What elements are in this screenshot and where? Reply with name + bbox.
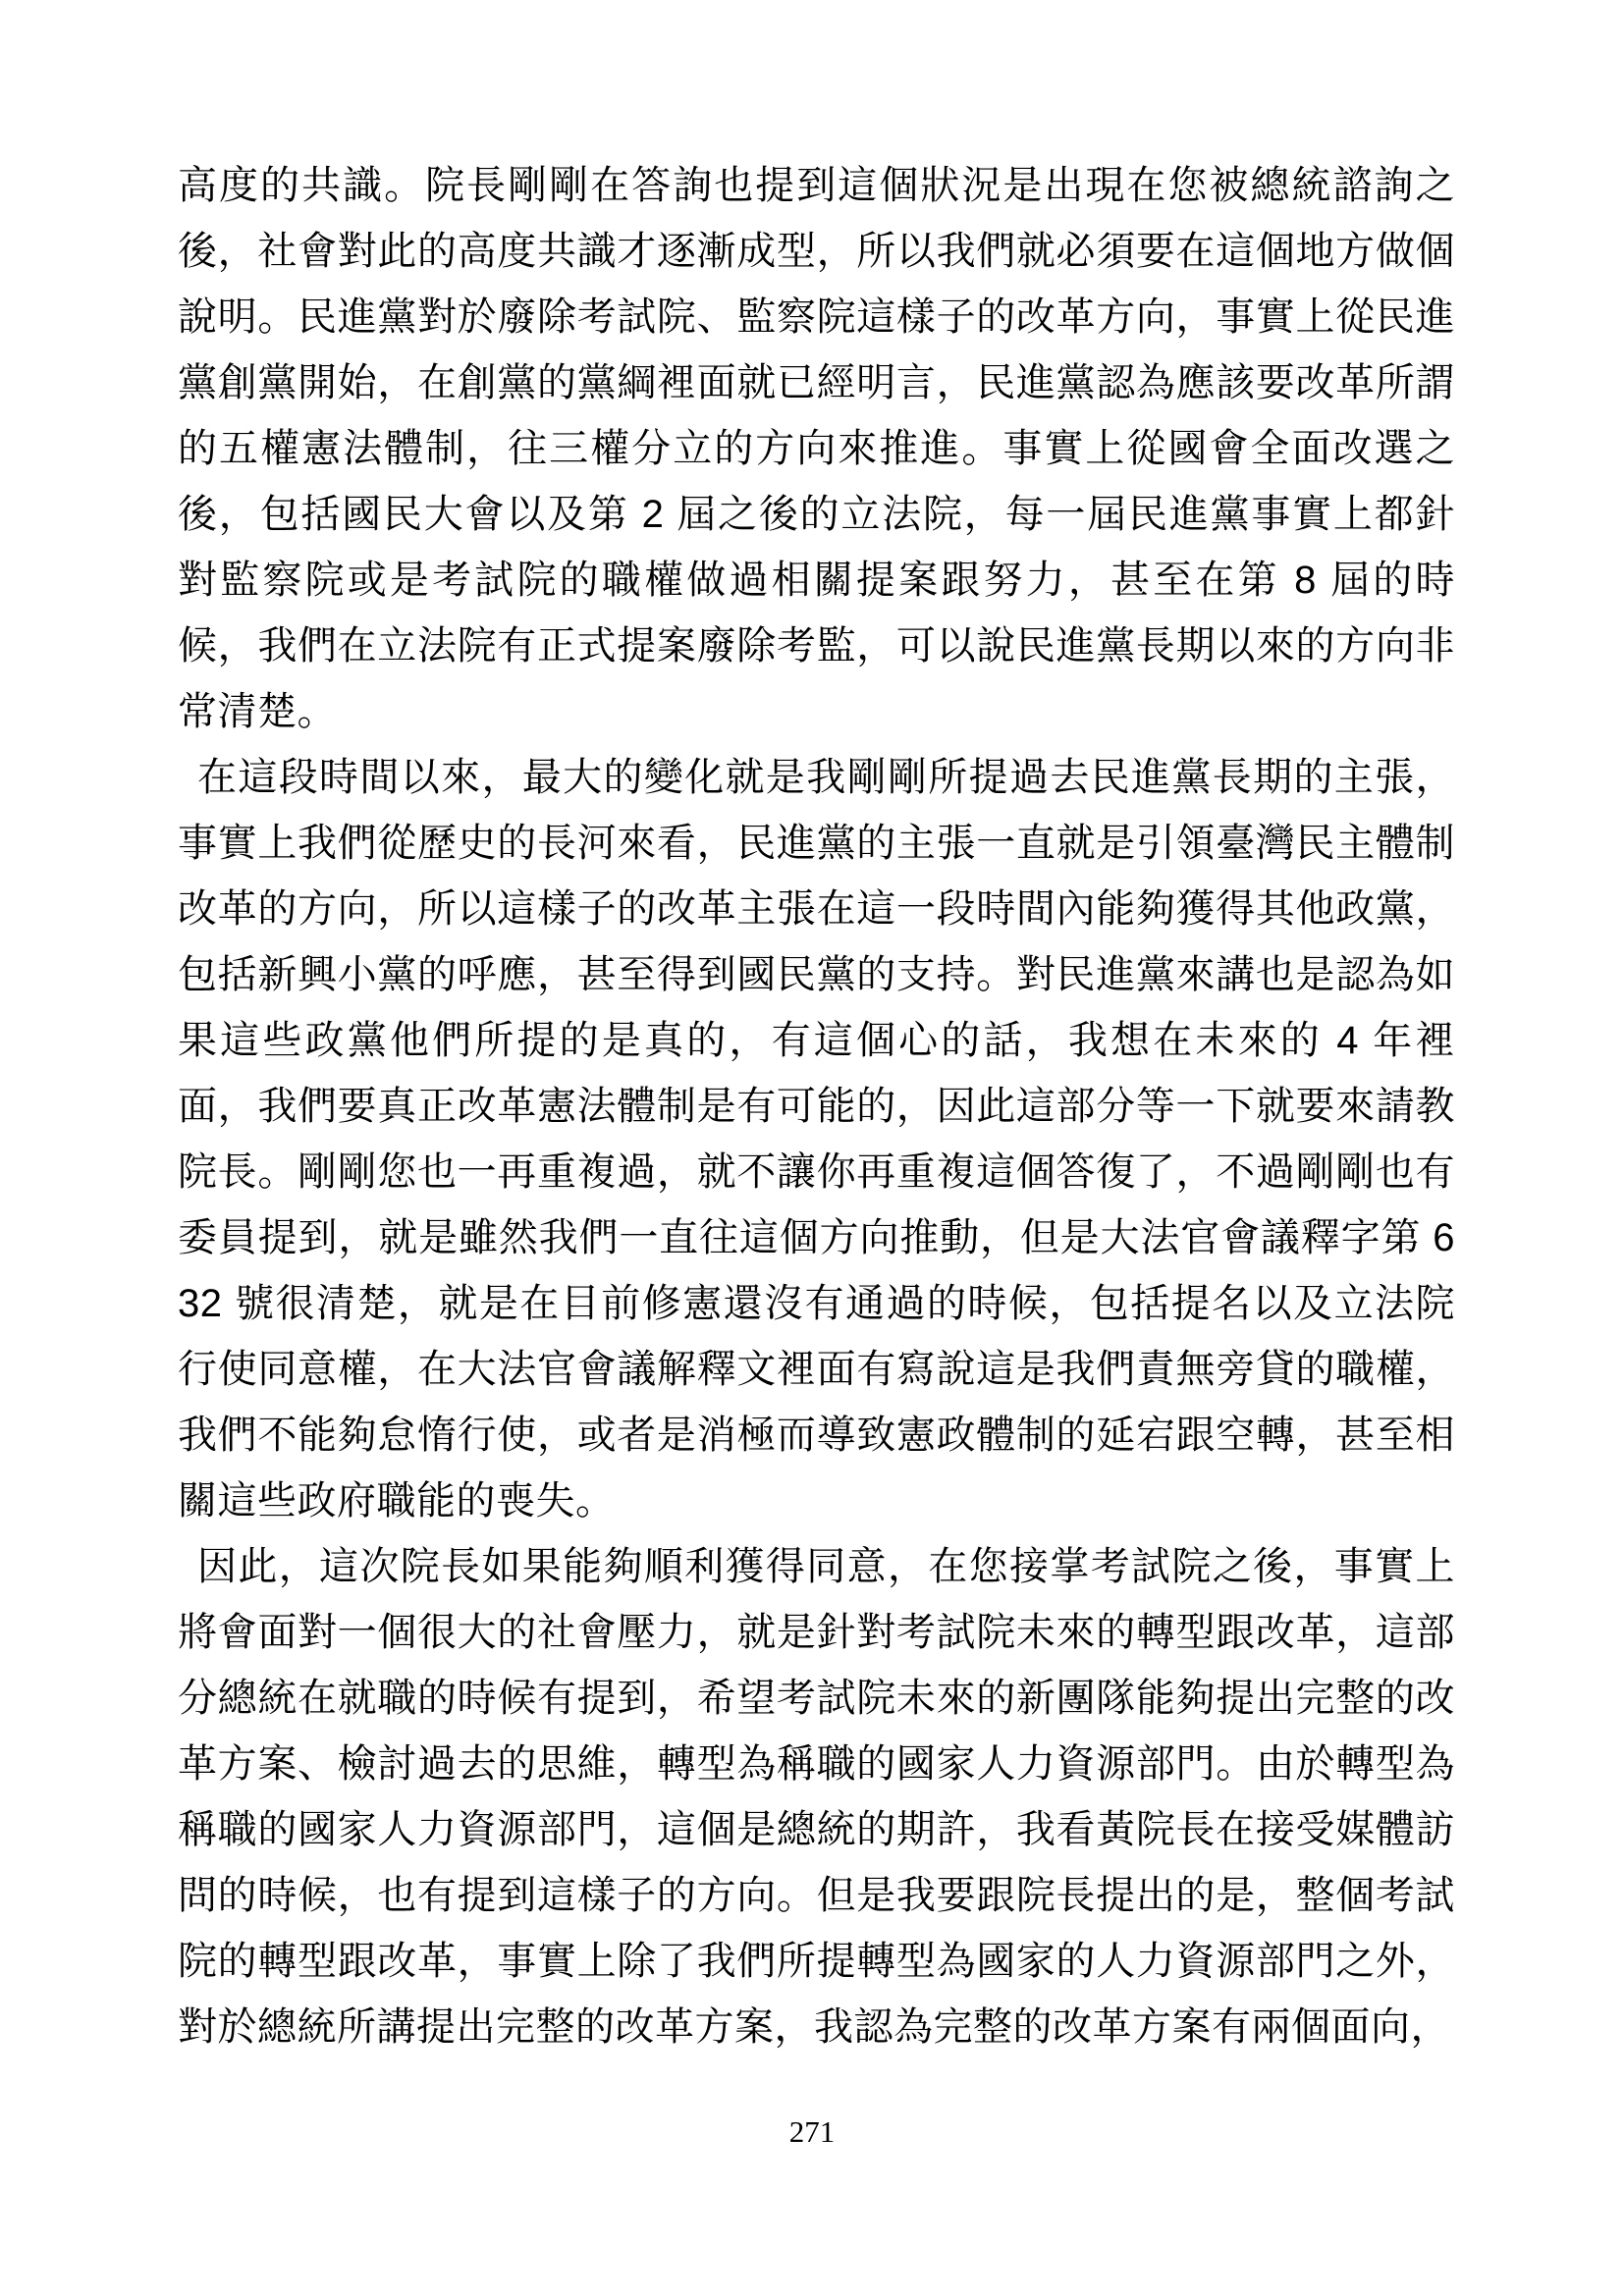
body-text: 高度的共識。院長剛剛在答詢也提到這個狀況是出現在您被總統諮詢之後，社會對此的高度… [178, 153, 1455, 2060]
paragraph-2: 在這段時間以來，最大的變化就是我剛剛所提過去民進黨長期的主張，事實上我們從歷史的… [178, 745, 1455, 1534]
page-number: 271 [0, 2112, 1624, 2152]
document-page: 高度的共識。院長剛剛在答詢也提到這個狀況是出現在您被總統諮詢之後，社會對此的高度… [0, 0, 1624, 2296]
paragraph-3: 因此，這次院長如果能夠順利獲得同意，在您接掌考試院之後，事實上將會面對一個很大的… [178, 1534, 1455, 2060]
paragraph-1: 高度的共識。院長剛剛在答詢也提到這個狀況是出現在您被總統諮詢之後，社會對此的高度… [178, 153, 1455, 745]
